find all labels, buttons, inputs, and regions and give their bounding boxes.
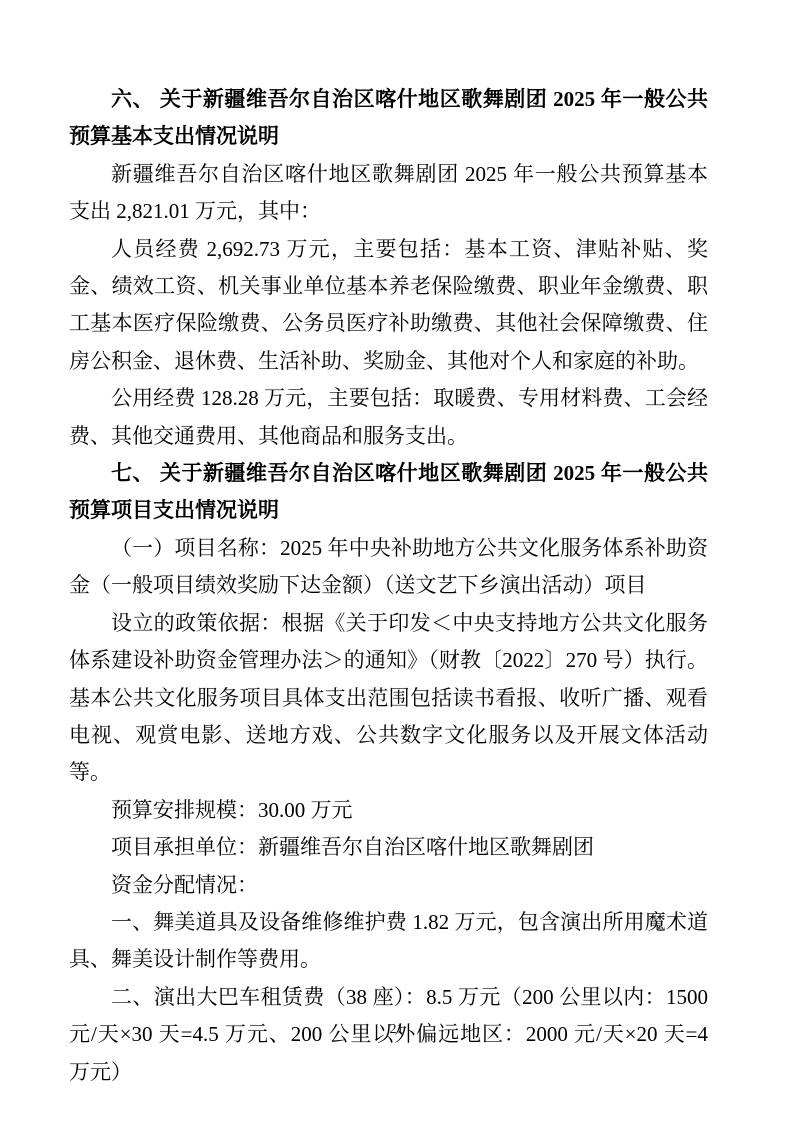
paragraph: 公用经费 128.28 万元，主要包括：取暖费、专用材料费、工会经费、其他交通费… [69, 380, 708, 455]
paragraph: 资金分配情况： [69, 867, 708, 904]
paragraph: 一、舞美道具及设备维修维护费 1.82 万元，包含演出所用魔术道具、舞美设计制作… [69, 904, 708, 979]
document-page: 六、 关于新疆维吾尔自治区喀什地区歌舞剧团 2025 年一般公共预算基本支出情况… [0, 0, 793, 1122]
paragraph: 人员经费 2,692.73 万元，主要包括：基本工资、津贴补贴、奖金、绩效工资、… [69, 231, 708, 381]
paragraph: 新疆维吾尔自治区喀什地区歌舞剧团 2025 年一般公共预算基本支出 2,821.… [69, 156, 708, 231]
paragraph: 预算安排规模：30.00 万元 [69, 792, 708, 829]
section-heading: 七、 关于新疆维吾尔自治区喀什地区歌舞剧团 2025 年一般公共预算项目支出情况… [69, 455, 708, 530]
document-content: 六、 关于新疆维吾尔自治区喀什地区歌舞剧团 2025 年一般公共预算基本支出情况… [69, 81, 708, 1091]
page-number: 21 [0, 1022, 793, 1038]
section-heading: 六、 关于新疆维吾尔自治区喀什地区歌舞剧团 2025 年一般公共预算基本支出情况… [69, 81, 708, 156]
paragraph: 设立的政策依据：根据《关于印发＜中央支持地方公共文化服务体系建设补助资金管理办法… [69, 605, 708, 792]
paragraph: （一）项目名称：2025 年中央补助地方公共文化服务体系补助资金（一般项目绩效奖… [69, 530, 708, 605]
paragraph: 项目承担单位：新疆维吾尔自治区喀什地区歌舞剧团 [69, 829, 708, 866]
